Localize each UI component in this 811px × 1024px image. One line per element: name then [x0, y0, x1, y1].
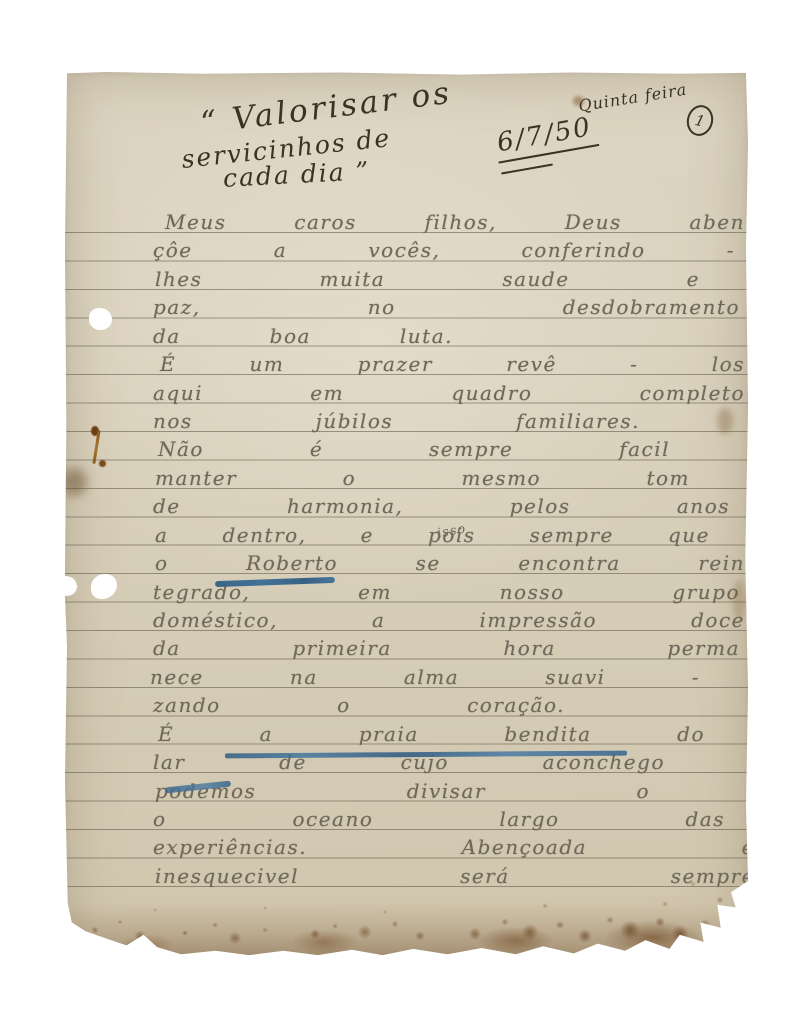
handwritten-line: nece na alma suavi - [150, 664, 700, 691]
handwritten-line: paz, no desdobramento [153, 294, 740, 321]
handwritten-line: Meus caros filhos, Deus aben [165, 209, 745, 236]
handwritten-line: É a praia bendita do [158, 721, 705, 748]
photo-background: { "document": { "kind": "handwritten man… [0, 0, 811, 1024]
handwritten-line: manter o mesmo tom [155, 465, 690, 492]
title-line-3: cada dia ” [222, 156, 371, 193]
handwritten-line: a dentro, e pois sempre que [155, 522, 710, 549]
handwritten-line: nos júbilos familiares. [153, 408, 640, 435]
foxing-stains [65, 870, 748, 956]
date-underline [501, 164, 553, 175]
small-stain-top [573, 96, 584, 106]
handwritten-line: lhes muita saude e [155, 266, 700, 293]
handwritten-line: É um prazer revê - los [160, 351, 745, 378]
smudge-stain-right [717, 408, 733, 434]
handwritten-line: de harmonia, pelos anos [153, 493, 730, 520]
handwritten-line: o Roberto se encontra rein [155, 550, 745, 577]
handwritten-line: o oceano largo das [153, 806, 725, 833]
smudge-stain-left [61, 468, 87, 496]
smudge-stain-right [733, 580, 745, 620]
edge-tear [55, 576, 77, 596]
date: 6/7/50 [493, 111, 599, 163]
handwritten-line: aqui em quadro completo [153, 380, 745, 407]
rust-stain [99, 460, 106, 467]
punch-hole-top [89, 308, 112, 330]
page-number-badge: 1 [684, 102, 717, 138]
handwritten-line: experiências. Abençoada e [153, 834, 755, 861]
manuscript-body: Meus caros filhos, Deus abençôe a vocês,… [65, 209, 748, 899]
handwritten-line: da primeira hora perma [153, 635, 740, 662]
handwritten-line: Não é sempre facil [158, 436, 670, 463]
handwritten-line: da boa luta. [153, 323, 453, 350]
handwritten-line: zando o coração. [153, 692, 565, 719]
handwritten-line: doméstico, a impressão doce [153, 607, 745, 634]
handwritten-line: çôe a vocês, conferindo - [153, 237, 735, 264]
page-number: 1 [693, 111, 707, 131]
manuscript-page: “ Valorisar os servicinhos de cada dia ”… [65, 72, 748, 956]
weekday: Quinta feira [577, 80, 688, 116]
